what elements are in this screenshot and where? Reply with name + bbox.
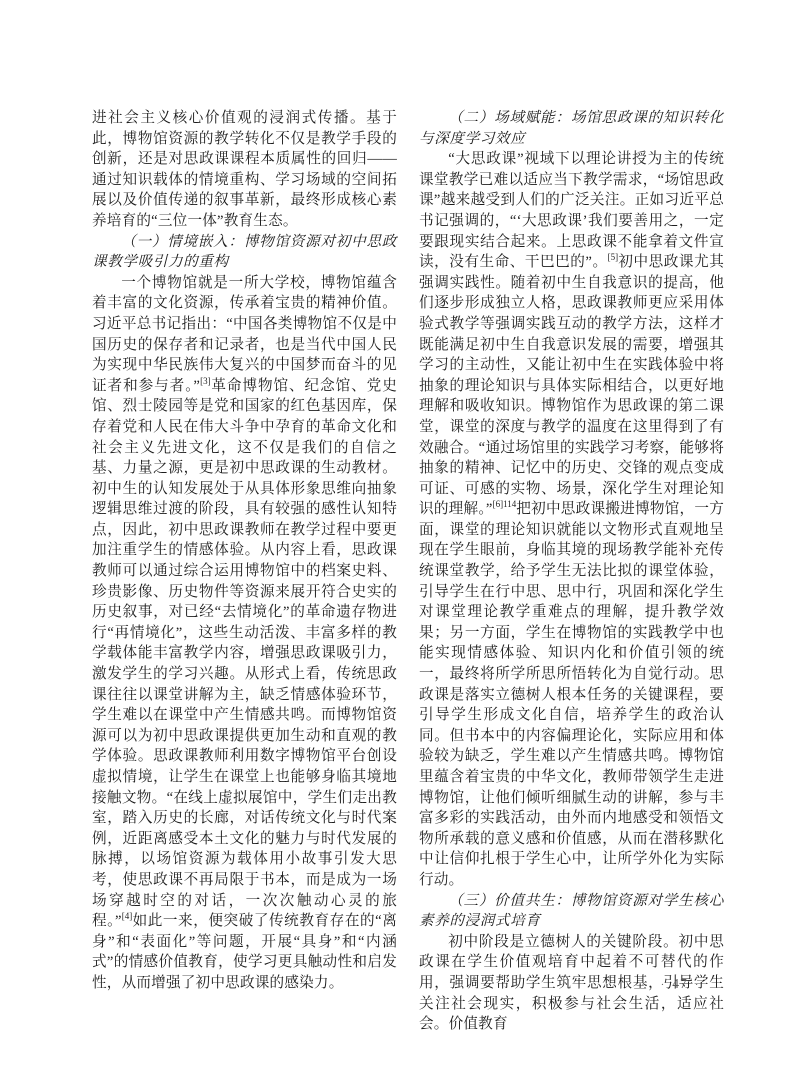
page-number-value: 47	[672, 976, 688, 991]
section-heading: （一）情境嵌入：博物馆资源对初中思政课教学吸引力的重构	[92, 232, 397, 273]
page-number-right-dot: ·	[688, 979, 707, 991]
text-run: 初中思政课尤其强调实践性。随着初中生自我意识的提高，他们逐步形成独立人格，思政课…	[419, 254, 724, 517]
journal-page: 进社会主义核心价值观的浸润式传播。基于此，博物馆资源的教学转化不仅是教学手段的创…	[0, 0, 800, 1077]
citation-superscript: [5]	[608, 252, 619, 262]
citation-superscript: [4]	[122, 911, 133, 921]
body-paragraph: 一个博物馆就是一所大学校，博物馆蕴含着丰富的文化资源，传承着宝贵的精神价值。习近…	[92, 273, 397, 994]
section-heading: （二）场域赋能：场馆思政课的知识转化与深度学习效应	[419, 108, 724, 149]
text-run: 把初中思政课搬进博物馆，一方面，课堂的理论知识就能以文物形式直观地呈现在学生眼前…	[419, 501, 724, 888]
text-run: 革命博物馆、纪念馆、党史馆、烈士陵园等是党和国家的红色基因库，保存着党和人民在伟…	[92, 378, 397, 929]
text-run: （三）价值共生：博物馆资源对学生核心素养的浸润式培育	[419, 893, 724, 930]
right-text-column: （二）场域赋能：场馆思政课的知识转化与深度学习效应“大思政课”视域下以理论讲授为…	[419, 108, 724, 1035]
citation-superscript: [6]114	[493, 499, 517, 509]
page-number: ·47·	[596, 976, 764, 992]
text-run: “大思政课”视域下以理论讲授为主的传统课堂教学已难以适应当下教学需求，“场馆思政…	[419, 151, 724, 270]
text-run: （一）情境嵌入：博物馆资源对初中思政课教学吸引力的重构	[92, 234, 397, 271]
section-heading: （三）价值共生：博物馆资源对学生核心素养的浸润式培育	[419, 891, 724, 932]
page-number-left-dot: ·	[654, 979, 673, 991]
text-run: （二）场域赋能：场馆思政课的知识转化与深度学习效应	[419, 110, 724, 147]
body-paragraph: “大思政课”视域下以理论讲授为主的传统课堂教学已难以适应当下教学需求，“场馆思政…	[419, 149, 724, 890]
text-run: 进社会主义核心价值观的浸润式传播。基于此，博物馆资源的教学转化不仅是教学手段的创…	[92, 110, 397, 229]
body-paragraph: 进社会主义核心价值观的浸润式传播。基于此，博物馆资源的教学转化不仅是教学手段的创…	[92, 108, 397, 232]
text-run: 如此一来，便突破了传统教育存在的“离身”和“表面化”等问题，开展“具身”和“内涵…	[92, 913, 397, 991]
text-run: 一个博物馆就是一所大学校，博物馆蕴含着丰富的文化资源，传承着宝贵的精神价值。习近…	[92, 275, 397, 394]
left-text-column: 进社会主义核心价值观的浸润式传播。基于此，博物馆资源的教学转化不仅是教学手段的创…	[92, 108, 397, 994]
citation-superscript: [3]	[200, 376, 211, 386]
